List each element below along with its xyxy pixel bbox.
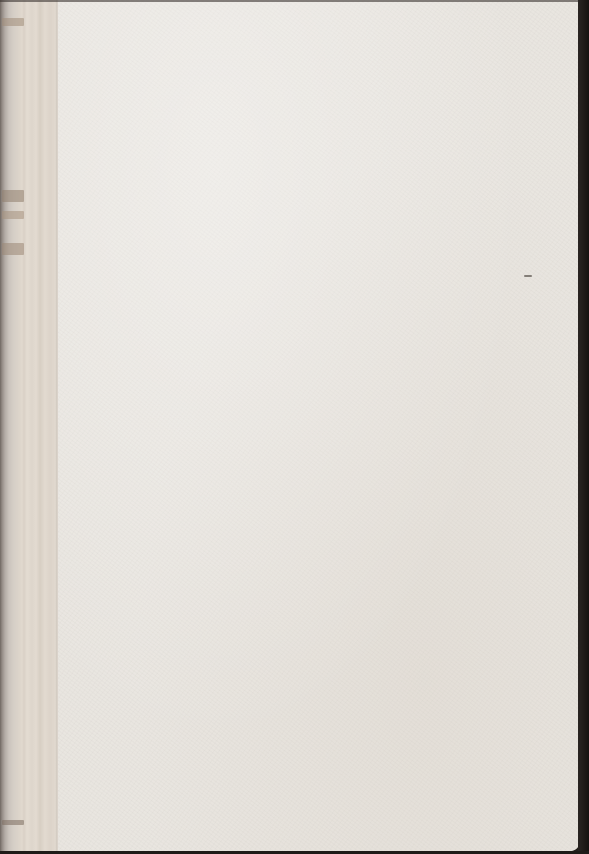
spine-band bbox=[2, 243, 24, 255]
book-front-cover bbox=[58, 0, 580, 851]
right-edge-shadow bbox=[578, 0, 589, 854]
spine-band bbox=[2, 820, 24, 825]
spine-band bbox=[2, 211, 24, 219]
book bbox=[0, 0, 580, 851]
cover-blemish bbox=[524, 275, 532, 277]
spine-band bbox=[2, 190, 24, 202]
book-spine bbox=[0, 0, 58, 851]
spine-band bbox=[2, 18, 24, 26]
top-edge bbox=[0, 0, 580, 2]
